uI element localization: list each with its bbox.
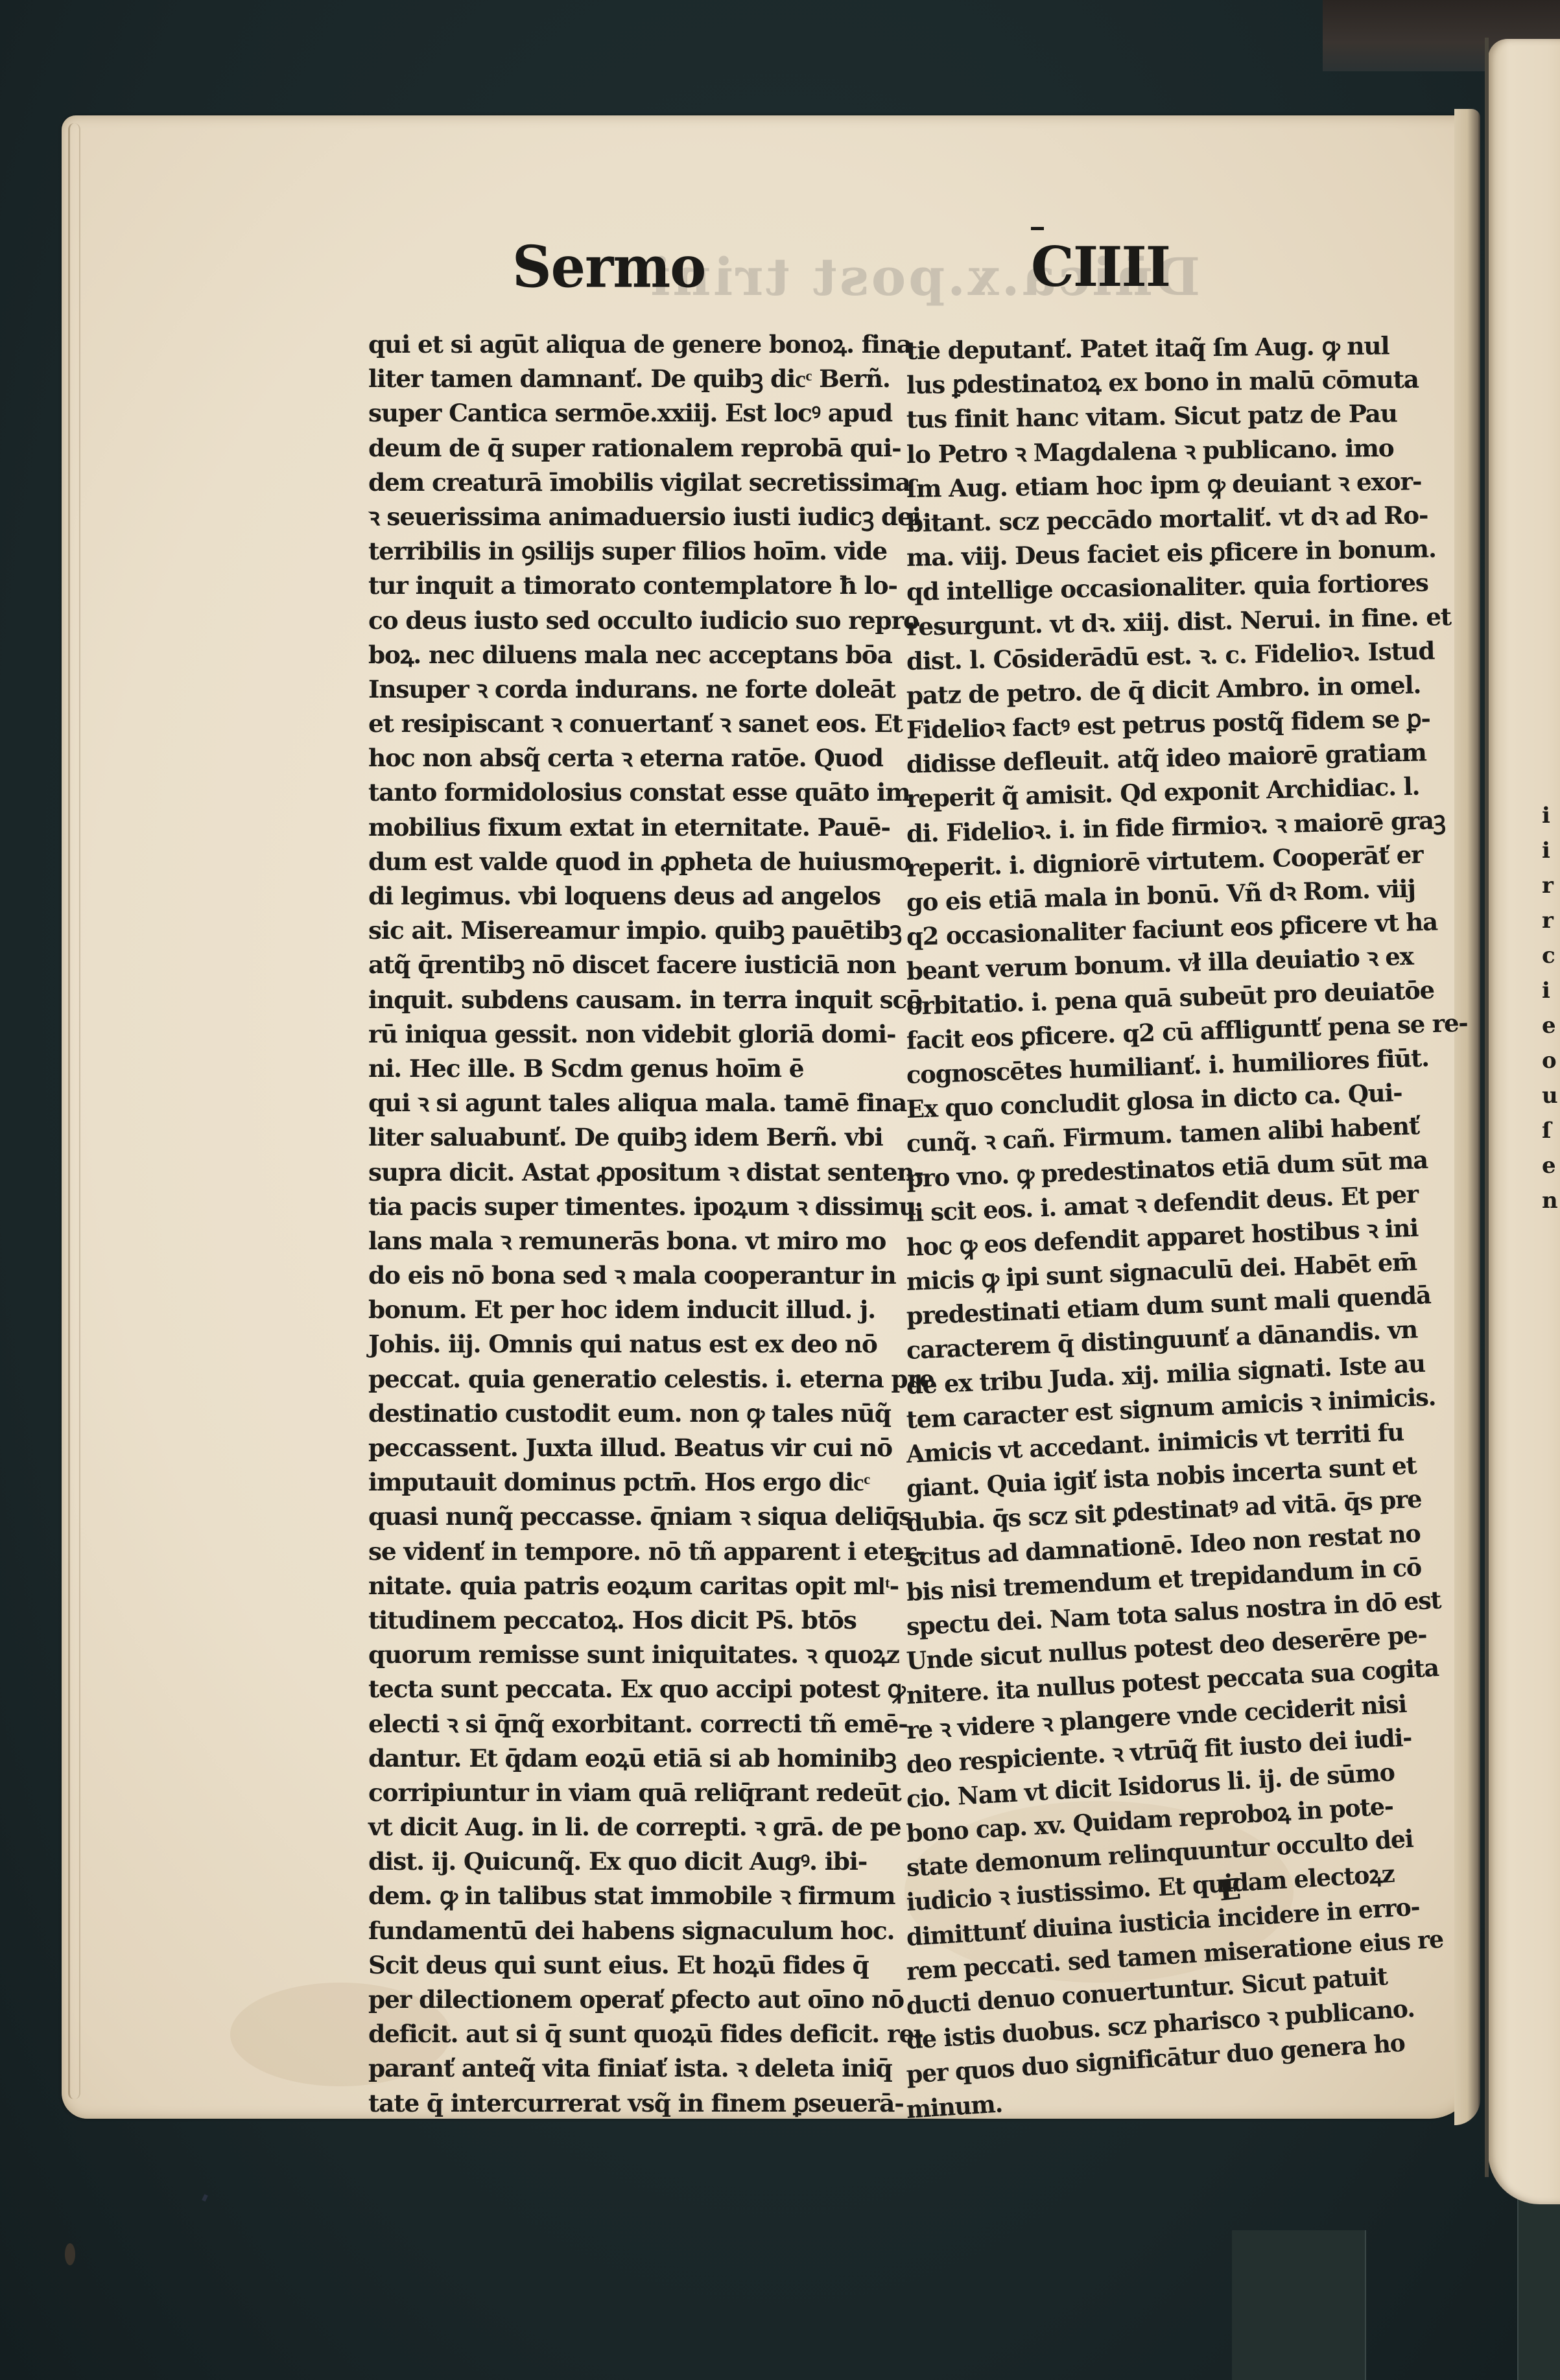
text-line: dem creaturā īmobilis vigilat secretissi… [368,465,884,500]
text-line: titudinem peccatoꝝ. Hos dicit Ps̄. btōs [368,1603,884,1638]
text-line: Scit deus qui sunt eius. Et hoꝝū fides q… [368,1948,884,1983]
recto-fragment: i [1542,979,1560,1002]
folio-number: CIIII [1031,235,1170,299]
text-line: quasi nunq̃ peccasse. q̄niam ꝛ siqua del… [368,1500,884,1534]
text-line: ꝛ seuerissima animaduersio iusti iudicꝫ … [368,500,884,534]
text-line: di legimus. vbi loquens deus ad angelos [368,879,884,913]
recto-fragment: r [1542,874,1560,897]
text-line: supra dicit. Astat ꝓpositum ꝛ distat sen… [368,1155,884,1190]
text-line: hoc non absq̃ certa ꝛ eterna ratōe. Quod [368,741,884,775]
text-line: Insuper ꝛ corda indurans. ne forte doleā… [368,672,884,707]
edge-blot [65,2243,75,2265]
text-line: se videnť in tempore. nō tñ apparent i e… [368,1535,884,1569]
book-support-left [1232,2230,1366,2380]
recto-fragment: e [1542,1154,1560,1177]
text-line: nitate. quia patris eoꝝum caritas opit m… [368,1569,884,1603]
text-line: dantur. Et q̄dam eoꝝū etiā si ab hominib… [368,1741,884,1776]
text-line: mobilius fixum extat in eternitate. Pauē… [368,810,884,845]
text-line: per dilectionem operať ꝑfecto aut oīno n… [368,1983,884,2017]
text-line: ni. Hec ille. B Scdm genus hoīm ē [368,1052,884,1086]
text-line: terribilis in ꝯsilijs super filios hoīm.… [368,534,884,569]
signature-mark: E [1217,1872,1242,1907]
text-line: fundamentū dei habens signaculum hoc. [368,1914,884,1948]
book-support-right [1517,2188,1560,2380]
recto-fragment: ſ [1542,1119,1560,1142]
recto-fragment: u [1542,1084,1560,1107]
text-line: co deus iusto sed occulto iudicio suo re… [368,604,884,638]
gutter [1485,38,1489,2177]
text-line: quorum remisse sunt iniquitates. ꝛ quoꝝz [368,1638,884,1672]
recto-fragment: r [1542,909,1560,932]
text-line: boꝝ. nec diluens mala nec acceptans bōa [368,638,884,672]
text-line: tecta sunt peccata. Ex quo accipi potest… [368,1672,884,1706]
left-text-column: qui et si agūt aliqua de genere bonoꝝ. f… [368,327,884,2121]
text-line: deficit. aut si q̄ sunt quoꝝū fides defi… [368,2017,884,2051]
text-line: imputauit dominus pctm̄. Hos ergo dicͨ [368,1465,884,1500]
running-title: Sermo [512,233,705,301]
text-line: tia pacis super timentes. ipoꝝum ꝛ dissi… [368,1190,884,1224]
text-line: dem. ꝙ in talibus stat immobile ꝛ firmum [368,1879,884,1913]
text-line: paranť anteq̃ vita finiať ista. ꝛ deleta… [368,2051,884,2086]
recto-text-fragments: iirrcieouſen [1542,804,1560,1212]
text-line: sic ait. Misereamur impio. quibꝫ pauētib… [368,913,884,948]
text-line: rū iniqua gessit. non videbit gloriā dom… [368,1017,884,1052]
text-line: liter saluabunť. De quibꝫ idem Berñ. vbi [368,1120,884,1155]
recto-fragment: i [1542,804,1560,827]
text-line: qui et si agūt aliqua de genere bonoꝝ. f… [368,327,884,362]
text-line: deum de q̄ super rationalem reprobā qui- [368,431,884,465]
text-line: peccassent. Juxta illud. Beatus vir cui … [368,1431,884,1465]
right-text-column: tie deputanť. Patet itaq̃ ſm Aug. ꝙ null… [906,334,1425,2127]
text-line: qui ꝛ si agunt tales aliqua mala. tamē f… [368,1086,884,1120]
text-line: corripiuntur in viam quā reliq̄rant rede… [368,1776,884,1810]
text-line: do eis nō bona sed ꝛ mala cooperantur in [368,1258,884,1293]
text-line: Johis. iij. Omnis qui natus est ex deo n… [368,1327,884,1361]
text-line: vt dicit Aug. in li. de correpti. ꝛ grā.… [368,1810,884,1844]
text-line: tate q̄ intercurrerat vsq̃ in finem ꝑseu… [368,2086,884,2121]
text-line: atq̃ q̄rentibꝫ nō discet facere iusticiā… [368,948,884,982]
recto-fragment: e [1542,1014,1560,1037]
text-line: bonum. Et per hoc idem inducit illud. j. [368,1293,884,1327]
text-line: lans mala ꝛ remunerās bona. vt miro mo [368,1224,884,1258]
text-line: inquit. subdens causam. in terra inquit … [368,983,884,1017]
text-line: electi ꝛ si q̄nq̃ exorbitant. correcti t… [368,1707,884,1741]
recto-fragment: i [1542,839,1560,862]
text-line: et resipiscant ꝛ conuertanť ꝛ sanet eos.… [368,707,884,741]
text-line: tur inquit a timorato contemplatore ħ lo… [368,569,884,603]
text-line: dum est valde quod in ꝓpheta de huiusmo [368,845,884,879]
recto-fragment: c [1542,944,1560,967]
text-line: peccat. quia generatio celestis. i. eter… [368,1362,884,1396]
text-line: tanto formidolosius constat esse quāto i… [368,775,884,810]
text-line: tie deputanť. Patet itaq̃ ſm Aug. ꝙ nul [906,329,1426,369]
text-line: super Cantica sermōe.xxiij. Est locꝰ apu… [368,396,884,430]
text-line: liter tamen damnanť. De quibꝫ dicͨ Berñ. [368,362,884,396]
text-line: dist. ij. Quicunq̃. Ex quo dicit Augꝰ. i… [368,1844,884,1879]
recto-fragment: n [1542,1189,1560,1212]
page-fold-edge [1454,109,1480,2125]
recto-fragment: o [1542,1049,1560,1072]
text-line: destinatio custodit eum. non ꝙ tales nūq… [368,1396,884,1431]
